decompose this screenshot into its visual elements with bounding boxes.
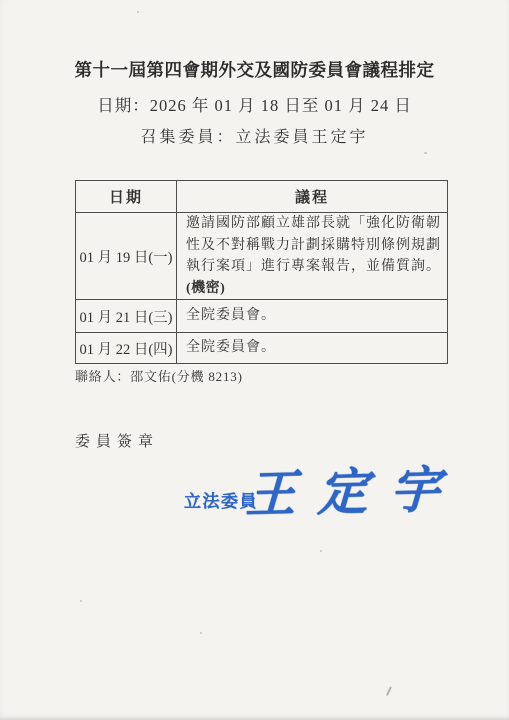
table-row: 01 月 22 日(四) 全院委員會。: [76, 333, 448, 364]
scanned-document-page: 第十一屆第四會期外交及國防委員會議程排定 日期：2026 年 01 月 18 日…: [0, 0, 509, 720]
row-agenda-text: 全院委員會。: [186, 337, 442, 359]
scan-speck: [424, 152, 427, 154]
signature-stamp-name: 王定宇: [244, 449, 463, 527]
scan-scratch-mark: [386, 686, 392, 696]
row-agenda-cell: 全院委員會。: [177, 333, 448, 364]
row-agenda-note: (機密): [186, 278, 447, 300]
row-agenda-cell: 全院委員會。: [177, 300, 448, 333]
table-row: 01 月 19 日(一) 邀請國防部顧立雄部長就「強化防衛韌性及不對稱戰力計劃採…: [76, 213, 448, 300]
document-date-range: 日期：2026 年 01 月 18 日至 01 月 24 日: [0, 92, 509, 116]
document-title: 第十一屆第四會期外交及國防委員會議程排定: [0, 57, 509, 82]
row-agenda-cell: 邀請國防部顧立雄部長就「強化防衛韌性及不對稱戰力計劃採購特別條例規劃執行案項」進…: [177, 213, 448, 300]
row-date: 01 月 22 日(四): [76, 333, 177, 364]
column-header-agenda: 議程: [177, 181, 448, 213]
agenda-table: 日期 議程 01 月 19 日(一) 邀請國防部顧立雄部長就「強化防衛韌性及不對…: [75, 180, 448, 364]
table-row: 01 月 21 日(三) 全院委員會。: [76, 300, 448, 333]
scan-speck: [80, 600, 82, 602]
signature-section-label: 委員簽章: [75, 430, 159, 451]
row-agenda-text: 全院委員會。: [186, 305, 442, 327]
row-agenda-text: 邀請國防部顧立雄部長就「強化防衛韌性及不對稱戰力計劃採購特別條例規劃執行案項」進…: [186, 213, 442, 278]
column-header-date: 日期: [76, 181, 177, 213]
scan-speck: [137, 11, 139, 13]
page-bottom-shadow: [0, 716, 509, 720]
scan-speck: [320, 550, 322, 552]
row-date: 01 月 19 日(一): [76, 213, 177, 300]
row-date: 01 月 21 日(三): [76, 300, 177, 333]
contact-person-line: 聯絡人：邵文佑(分機 8213): [75, 366, 243, 385]
scan-speck: [200, 632, 202, 634]
table-header-row: 日期 議程: [76, 181, 448, 213]
convener-line: 召集委員：立法委員王定宇: [0, 124, 509, 147]
